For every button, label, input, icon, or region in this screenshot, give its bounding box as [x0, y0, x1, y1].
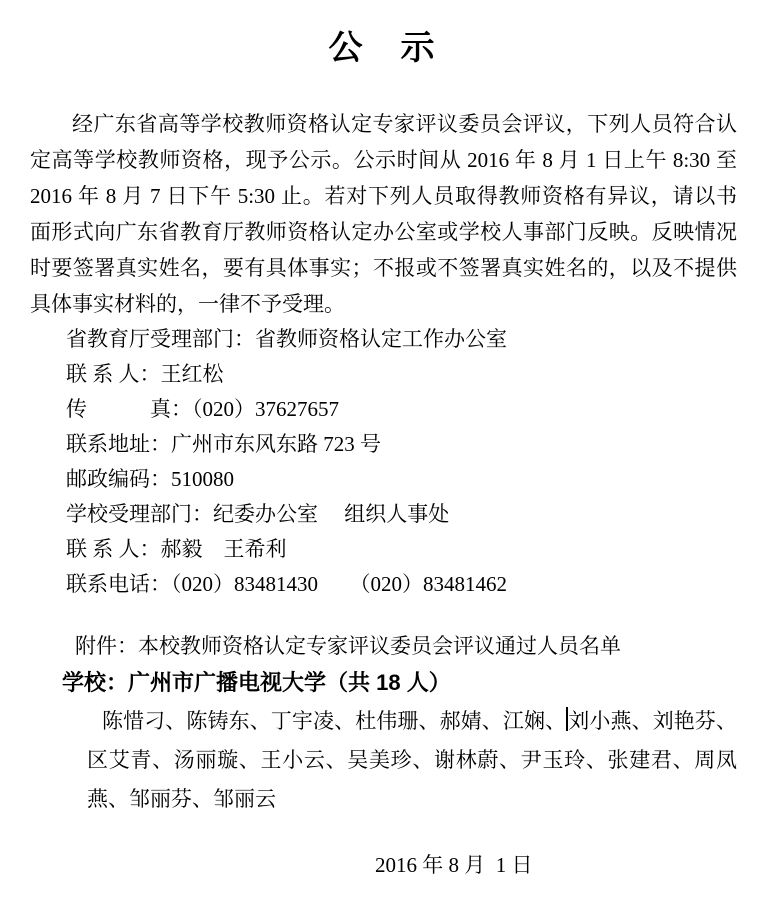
intro-line[interactable]: 经广东省高等学校教师资格认定专家评议委员会评议，下列人员符合认	[30, 106, 737, 142]
attachment-line[interactable]: 附件：本校教师资格认定专家评议委员会评议通过人员名单	[30, 628, 737, 664]
name-list-segment: 陈惜刁、陈铸东、丁宇凌、杜伟珊、郝婧、江娴、	[102, 709, 566, 733]
document-content: 经广东省高等学校教师资格认定专家评议委员会评议，下列人员符合认 定高等学校教师资…	[30, 106, 737, 883]
contact-line-fax[interactable]: 传 真：（020）37627657	[30, 392, 737, 427]
contact-line-school-contact-person[interactable]: 联 系 人：郝毅 王希利	[30, 532, 737, 567]
school-heading[interactable]: 学校：广州市广播电视大学（共 18 人）	[30, 664, 737, 702]
intro-line[interactable]: 时要签署真实姓名，要有具体事实；不报或不签署真实姓名的，以及不提供	[30, 250, 737, 286]
contact-line-postal-code[interactable]: 邮政编码：510080	[30, 462, 737, 497]
intro-line[interactable]: 具体事实材料的，一律不予受理。	[30, 286, 737, 322]
contact-line-phone[interactable]: 联系电话：（020）83481430 （020）83481462	[30, 567, 737, 602]
contact-line-accepting-department[interactable]: 省教育厅受理部门：省教师资格认定工作办公室	[30, 322, 737, 357]
intro-line[interactable]: 定高等学校教师资格，现予公示。公示时间从 2016 年 8 月 1 日上午 8:…	[30, 142, 737, 178]
name-list-line[interactable]: 陈惜刁、陈铸东、丁宇凌、杜伟珊、郝婧、江娴、刘小燕、刘艳芬、	[30, 702, 737, 741]
document-title[interactable]: 公 示	[0, 24, 765, 72]
name-list-line[interactable]: 燕、邹丽芬、邹丽云	[30, 780, 737, 819]
contact-line-address[interactable]: 联系地址：广州市东风东路 723 号	[30, 427, 737, 462]
contact-info-block: 省教育厅受理部门：省教师资格认定工作办公室 联 系 人：王红松 传 真：（020…	[30, 322, 737, 602]
contact-line-contact-person[interactable]: 联 系 人：王红松	[30, 357, 737, 392]
name-list: 陈惜刁、陈铸东、丁宇凌、杜伟珊、郝婧、江娴、刘小燕、刘艳芬、 区艾青、汤丽璇、王…	[30, 702, 737, 819]
contact-line-school-department[interactable]: 学校受理部门：纪委办公室 组织人事处	[30, 497, 737, 532]
document-date[interactable]: 2016 年 8 月 1 日	[375, 847, 737, 883]
name-list-line[interactable]: 区艾青、汤丽璇、王小云、吴美珍、谢林蔚、尹玉玲、张建君、周凤	[30, 741, 737, 780]
intro-line[interactable]: 面形式向广东省教育厅教师资格认定办公室或学校人事部门反映。反映情况	[30, 214, 737, 250]
intro-line[interactable]: 2016 年 8 月 7 日下午 5:30 止。若对下列人员取得教师资格有异议，…	[30, 178, 737, 214]
document-page[interactable]: 公 示 经广东省高等学校教师资格认定专家评议委员会评议，下列人员符合认 定高等学…	[0, 0, 765, 911]
name-list-segment: 刘小燕、刘艳芬、	[568, 709, 737, 733]
intro-paragraph: 经广东省高等学校教师资格认定专家评议委员会评议，下列人员符合认 定高等学校教师资…	[30, 106, 737, 322]
